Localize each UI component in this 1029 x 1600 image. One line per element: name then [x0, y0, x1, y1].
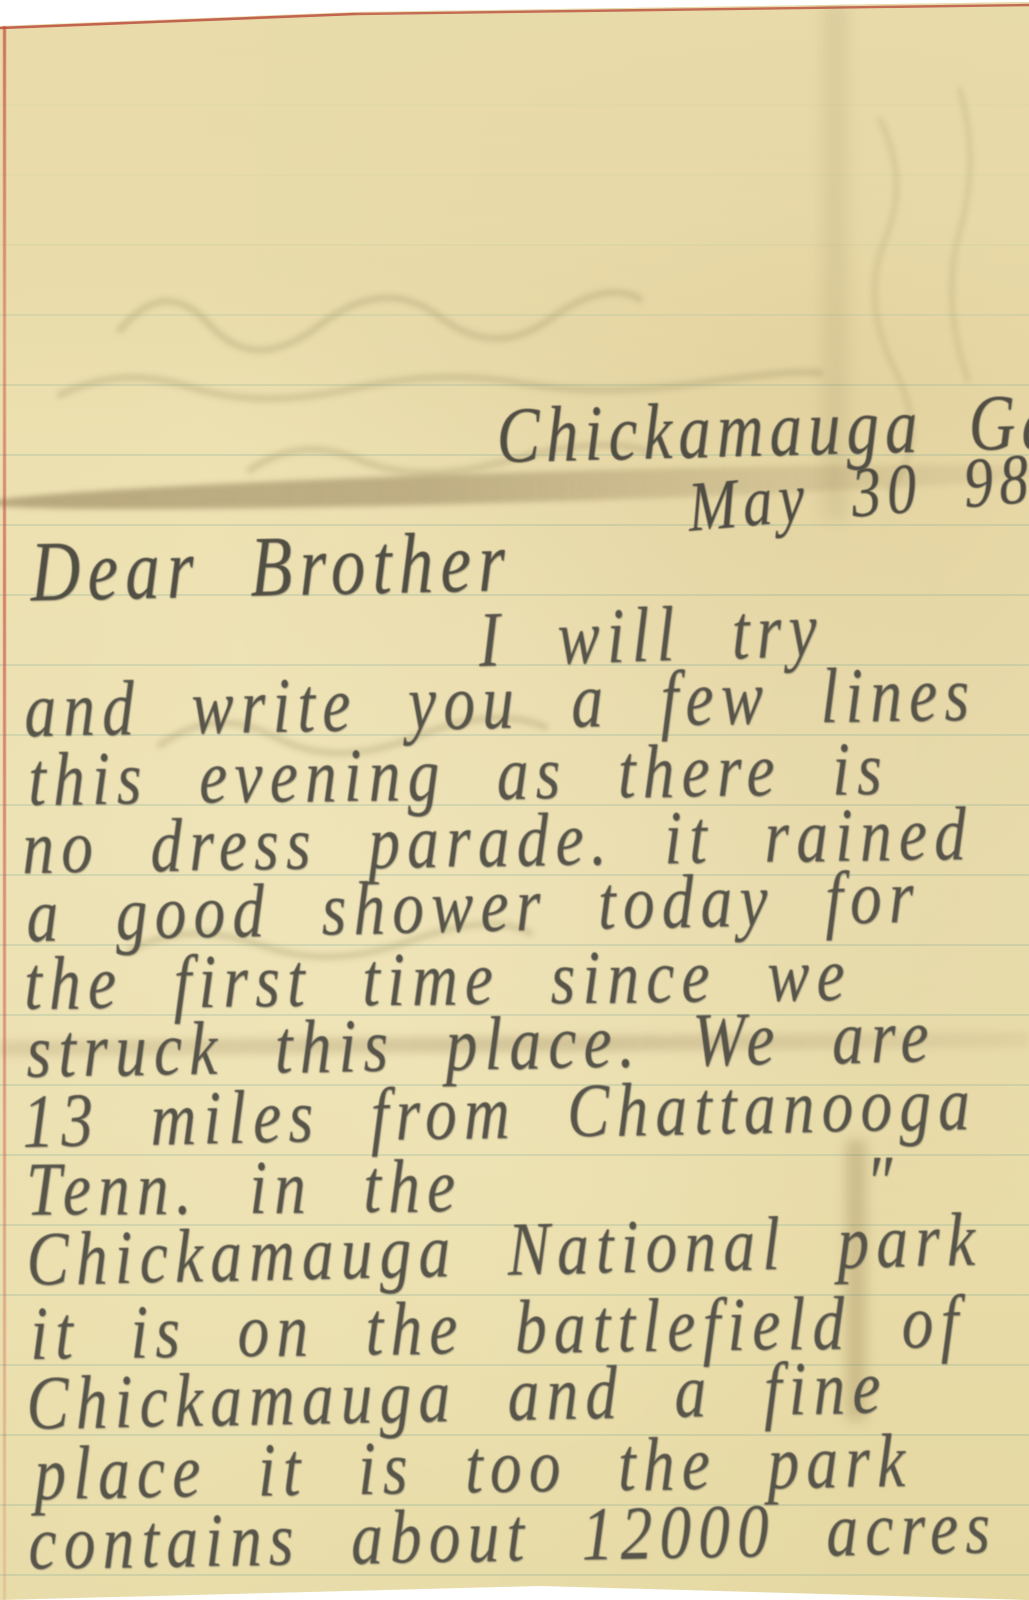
letter-salutation: Dear Brother — [30, 513, 513, 622]
letter-body-line: contains about 12000 acres — [28, 1484, 998, 1589]
letter-page: Chickamauga Ga May 30 98 Dear Brother I … — [0, 0, 1029, 1600]
scanned-letter-image: Chickamauga Ga May 30 98 Dear Brother I … — [0, 0, 1029, 1600]
